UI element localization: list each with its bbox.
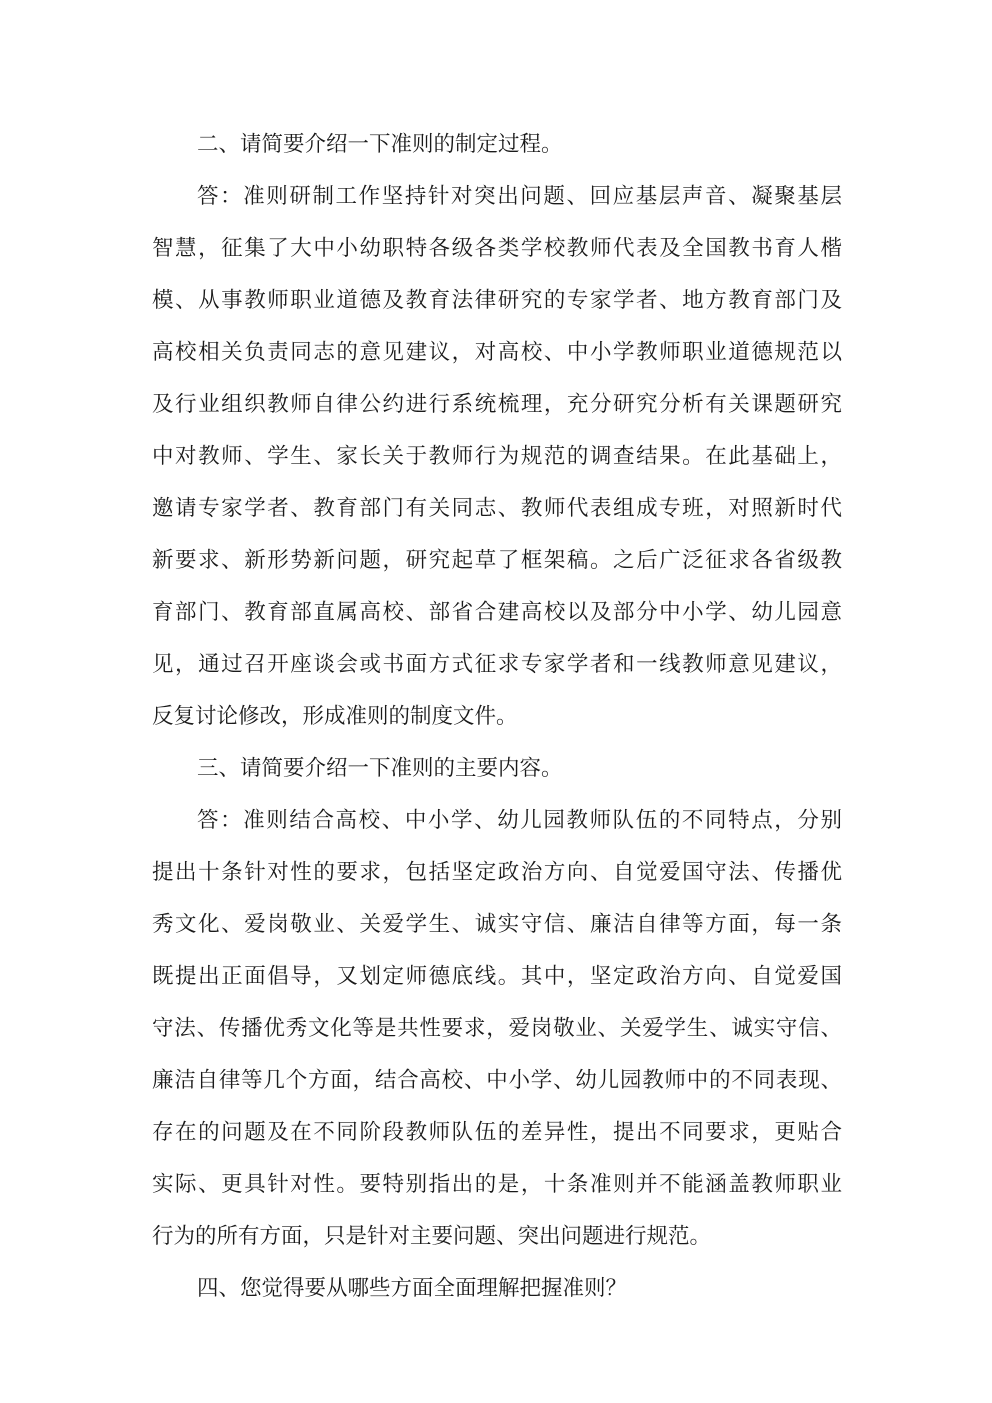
answer-line: 模、从事教师职业道德及教育法律研究的专家学者、地方教育部门及 [152,275,842,327]
answer-line: 答：准则研制工作坚持针对突出问题、回应基层声音、凝聚基层 [152,171,842,223]
answer-line: 既提出正面倡导，又划定师德底线。其中，坚定政治方向、自觉爱国 [152,951,842,1003]
answer-line: 反复讨论修改，形成准则的制度文件。 [152,691,842,743]
answer-line: 邀请专家学者、教育部门有关同志、教师代表组成专班，对照新时代 [152,483,842,535]
section-heading-2: 二、请简要介绍一下准则的制定过程。 [152,119,842,171]
answer-line: 新要求、新形势新问题，研究起草了框架稿。之后广泛征求各省级教 [152,535,842,587]
answer-line: 育部门、教育部直属高校、部省合建高校以及部分中小学、幼儿园意 [152,587,842,639]
document-page: 二、请简要介绍一下准则的制定过程。 答：准则研制工作坚持针对突出问题、回应基层声… [152,119,842,1315]
answer-line: 智慧，征集了大中小幼职特各级各类学校教师代表及全国教书育人楷 [152,223,842,275]
answer-line: 存在的问题及在不同阶段教师队伍的差异性，提出不同要求，更贴合 [152,1107,842,1159]
answer-line: 答：准则结合高校、中小学、幼儿园教师队伍的不同特点，分别 [152,795,842,847]
section-heading-4: 四、您觉得要从哪些方面全面理解把握准则？ [152,1263,842,1315]
answer-line: 及行业组织教师自律公约进行系统梳理，充分研究分析有关课题研究 [152,379,842,431]
answer-line: 秀文化、爱岗敬业、关爱学生、诚实守信、廉洁自律等方面，每一条 [152,899,842,951]
section-heading-3: 三、请简要介绍一下准则的主要内容。 [152,743,842,795]
answer-line: 行为的所有方面，只是针对主要问题、突出问题进行规范。 [152,1211,842,1263]
answer-line: 高校相关负责同志的意见建议，对高校、中小学教师职业道德规范以 [152,327,842,379]
answer-line: 廉洁自律等几个方面，结合高校、中小学、幼儿园教师中的不同表现、 [152,1055,842,1107]
answer-line: 提出十条针对性的要求，包括坚定政治方向、自觉爱国守法、传播优 [152,847,842,899]
answer-line: 实际、更具针对性。要特别指出的是，十条准则并不能涵盖教师职业 [152,1159,842,1211]
answer-line: 中对教师、学生、家长关于教师行为规范的调查结果。在此基础上， [152,431,842,483]
answer-line: 守法、传播优秀文化等是共性要求，爱岗敬业、关爱学生、诚实守信、 [152,1003,842,1055]
answer-line: 见，通过召开座谈会或书面方式征求专家学者和一线教师意见建议， [152,639,842,691]
